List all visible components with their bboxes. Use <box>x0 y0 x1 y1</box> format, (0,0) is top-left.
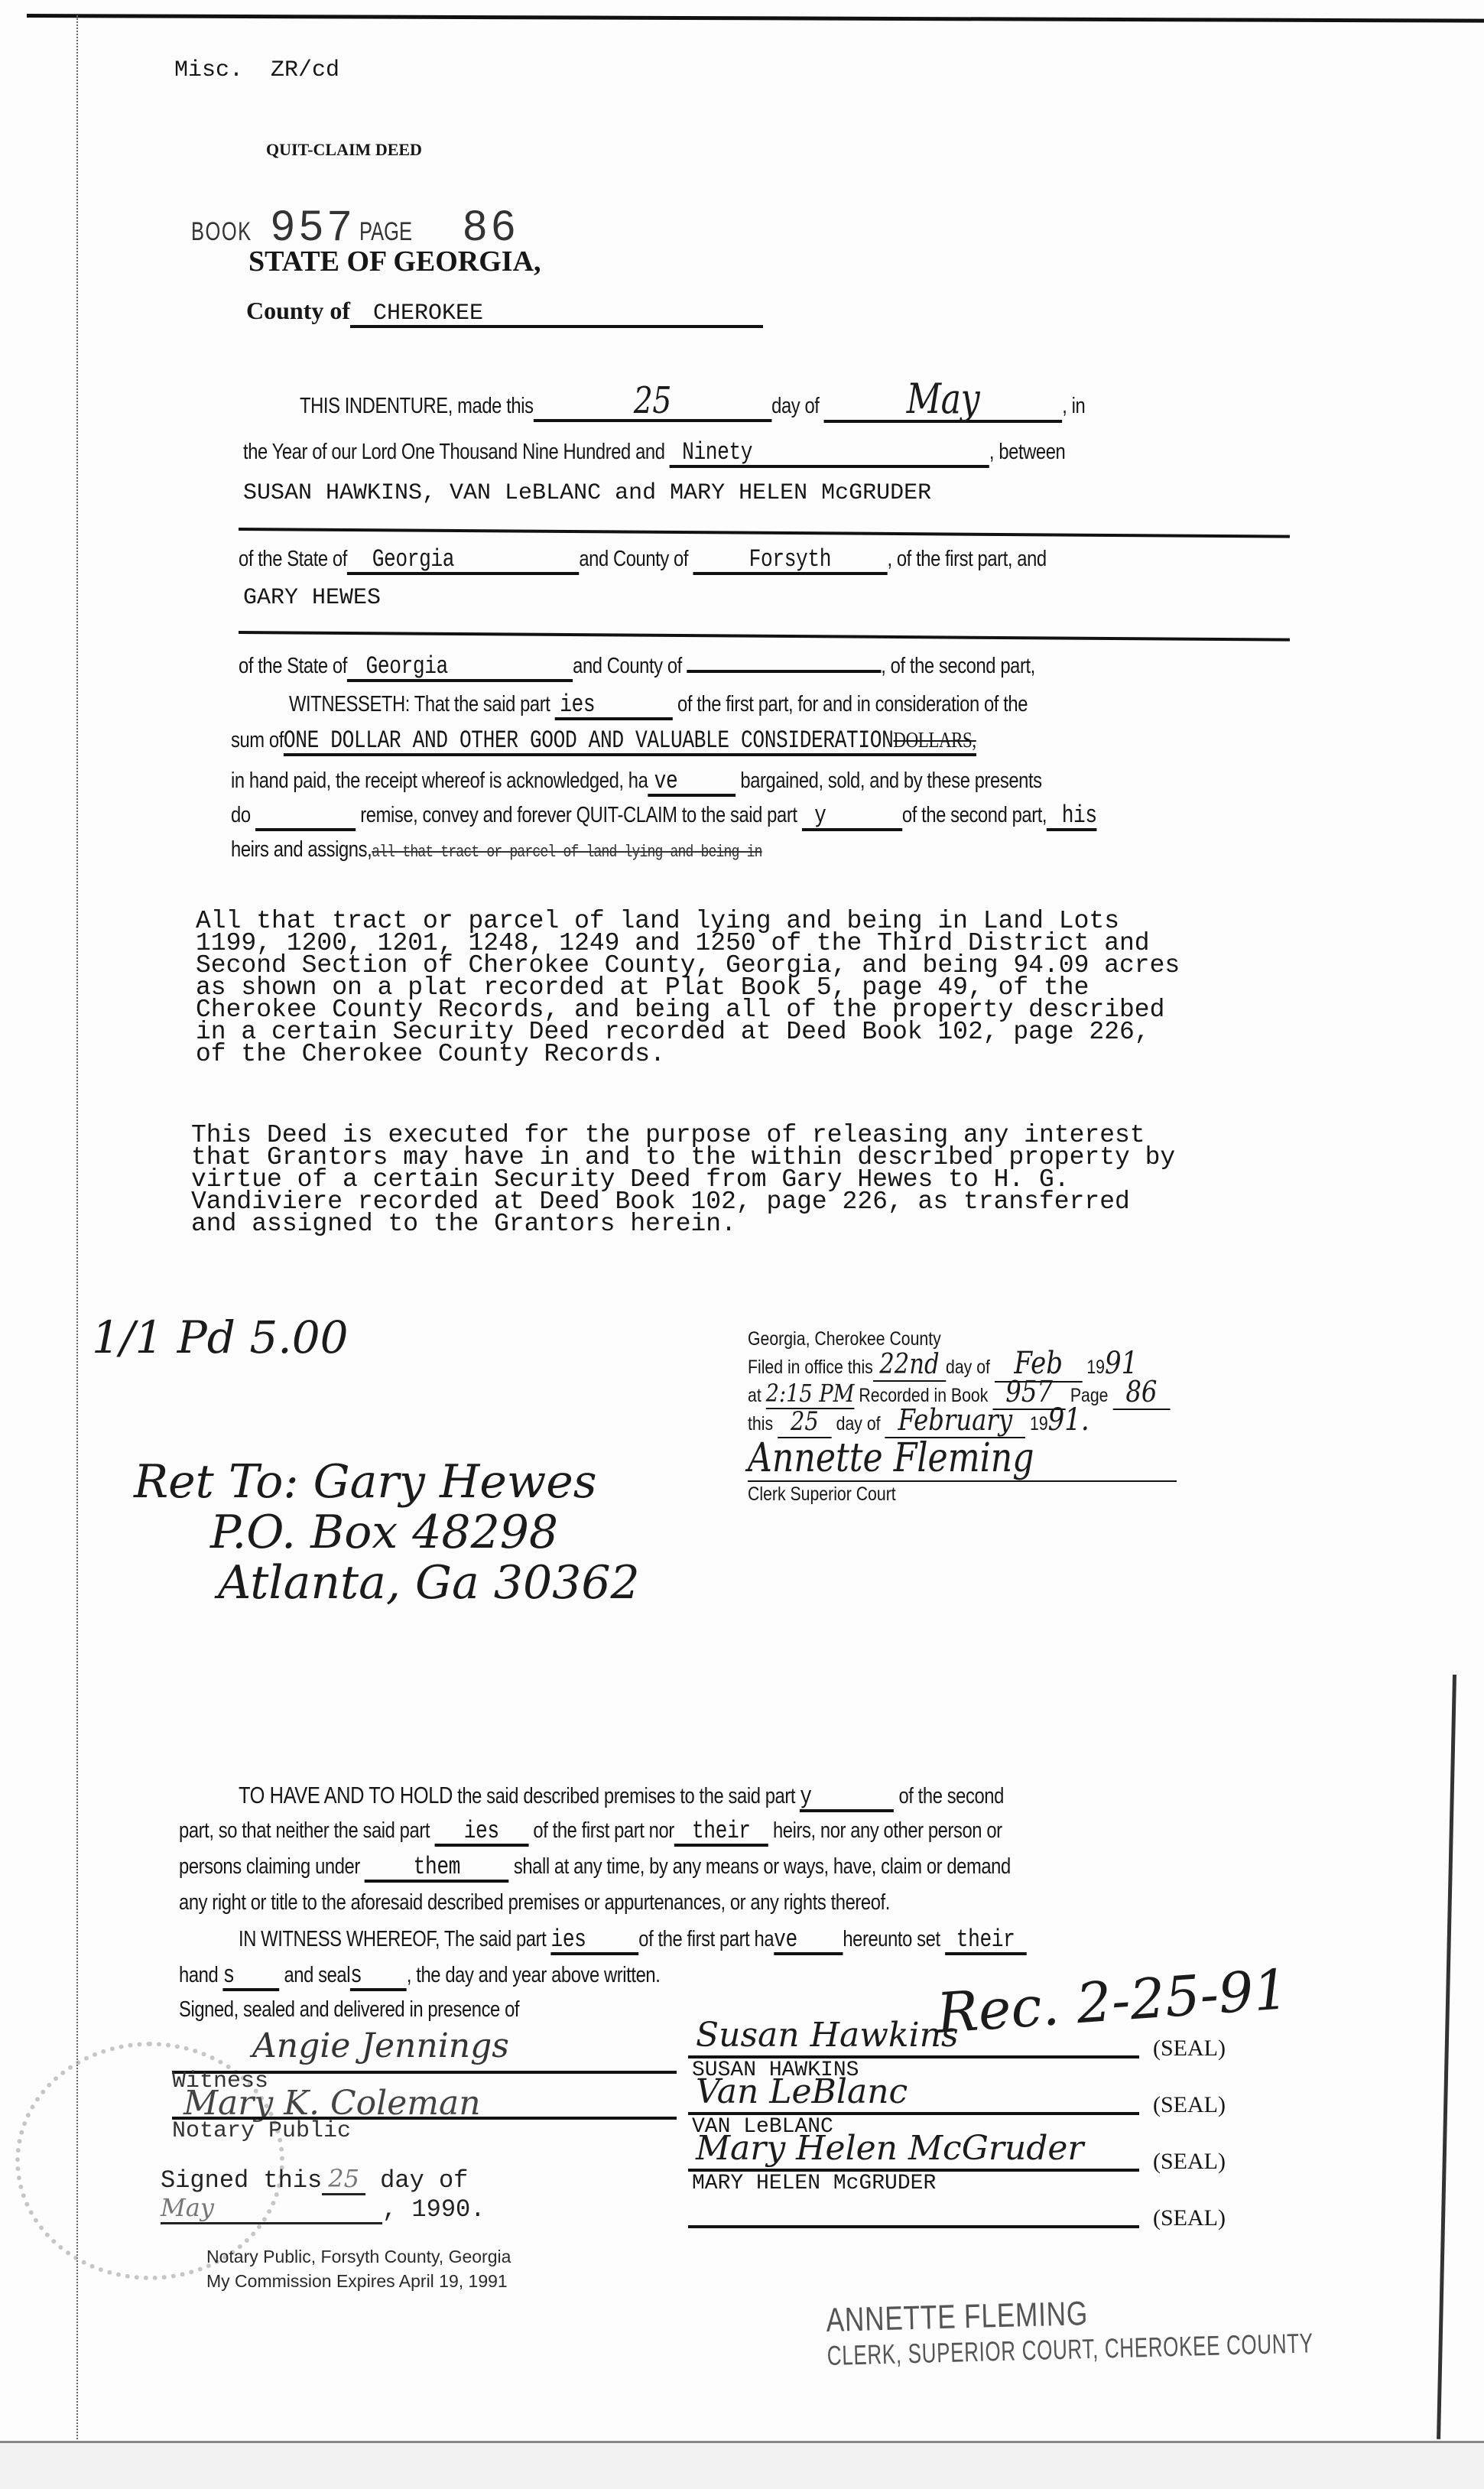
habendum-them-field[interactable]: them <box>365 1855 509 1883</box>
top-border-line <box>27 14 1484 23</box>
signature[interactable]: Van LeBlanc <box>696 2072 908 2111</box>
habendum-text: the said described premises to the said … <box>457 1784 795 1808</box>
recorded-day-of: day of <box>836 1413 881 1435</box>
whereof-parties-field[interactable]: ies <box>551 1928 639 1955</box>
habendum-line-2: part, so that neither the said part ies … <box>179 1818 1002 1847</box>
day-field[interactable]: 25 <box>534 382 772 422</box>
purpose-paragraph: This Deed is executed for the purpose of… <box>191 1124 1175 1235</box>
sum-line: sum ofONE DOLLAR AND OTHER GOOD AND VALU… <box>231 728 976 756</box>
seal-plural-field[interactable]: s <box>350 1964 407 1991</box>
habendum-parties-field[interactable]: ies <box>434 1819 528 1847</box>
notary-stamp-county: Notary Public, Forsyth County, Georgia <box>206 2244 511 2269</box>
county-line: County ofCHEROKEE <box>246 297 763 328</box>
witnesseth-line-3: in hand paid, the receipt whereof is ack… <box>231 768 1042 797</box>
recorded-day: 25 <box>778 1406 832 1438</box>
recorded-page: 86 <box>1112 1375 1170 1410</box>
return-to-box: P.O. Box 48298 <box>134 1507 640 1558</box>
signed-year: , 1990. <box>382 2195 485 2224</box>
witnesseth-line-1: WITNESSETH: That the said part ies of th… <box>289 692 1028 720</box>
grantee-rule <box>239 631 1290 642</box>
whereof-middle: of the first part ha <box>638 1927 774 1951</box>
clerk-stamp: ANNETTE FLEMING CLERK, SUPERIOR COURT, C… <box>826 2284 1484 2372</box>
misc-code: Misc. ZR/cd <box>174 57 339 83</box>
grantors-field[interactable]: SUSAN HAWKINS, VAN LeBLANC and MARY HELE… <box>243 480 931 506</box>
book-label: BOOK <box>191 217 252 247</box>
filed-prefix: Filed in office this <box>748 1357 873 1378</box>
signed-sealed-line: Signed, sealed and delivered in presence… <box>179 1997 519 2023</box>
return-to-name: Gary Hewes <box>313 1455 597 1509</box>
witness-signature: Angie Jennings <box>252 2026 509 2065</box>
seal-label: (SEAL) <box>1153 2036 1226 2062</box>
legal-description: All that tract or parcel of land lying a… <box>196 910 1180 1065</box>
grantors-rule <box>239 528 1290 538</box>
filed-day: 22nd <box>873 1349 946 1382</box>
recorded-month: February <box>885 1403 1025 1438</box>
habendum-line2-prefix: part, so that neither the said part <box>179 1818 430 1843</box>
clerk-signature: Annette Fleming <box>748 1436 1177 1482</box>
seal-label: and seal <box>284 1963 350 1987</box>
filed-year-prefix: 19 <box>1086 1357 1105 1378</box>
fee-note: 1/1 Pd 5.00 <box>92 1311 349 1363</box>
return-to-block: Ret To: Gary Hewes P.O. Box 48298 Atlant… <box>134 1457 640 1608</box>
hand-plural-field[interactable]: s <box>222 1964 279 1991</box>
in-label: , in <box>1062 394 1085 418</box>
state-of-label: of the State of <box>239 654 347 678</box>
do-field[interactable] <box>255 804 356 831</box>
witness-whereof-text: The said part <box>444 1927 546 1951</box>
signatory-name: MARY HELEN McGRUDER <box>692 2172 936 2195</box>
receipt-text: in hand paid, the receipt whereof is ack… <box>231 768 648 793</box>
hereunto-set: hereunto set <box>843 1927 940 1951</box>
habendum-line-3: persons claiming under them shall at any… <box>179 1854 1011 1883</box>
habendum-line3-prefix: persons claiming under <box>179 1854 360 1879</box>
witness-whereof-line: IN WITNESS WHEREOF, The said part iesof … <box>239 1927 1026 1955</box>
sum-value: ONE DOLLAR AND OTHER GOOD AND VALUABLE C… <box>284 726 894 755</box>
grantee-field[interactable]: GARY HEWES <box>243 585 381 611</box>
bargained-text: bargained, sold, and by these presents <box>740 768 1041 793</box>
witnesseth-prefix: WITNESSETH: That the said part <box>289 692 550 716</box>
grantee-state-line: of the State ofGeorgiaand County of , of… <box>239 654 1035 682</box>
filed-day-of: day of <box>946 1357 990 1378</box>
have-field[interactable]: ve <box>648 769 736 797</box>
whereof-have-field[interactable]: ve <box>774 1928 843 1955</box>
this-label: this <box>748 1413 773 1435</box>
witnesseth-line-5: heirs and assigns,all that tract or parc… <box>231 837 762 863</box>
month-field[interactable]: May <box>824 379 1063 423</box>
document-title: QUIT-CLAIM DEED <box>266 140 422 160</box>
page-number: 86 <box>463 201 520 249</box>
struck-text: all that tract or parcel of land lying a… <box>372 843 761 862</box>
indenture-prefix: THIS INDENTURE, made this <box>300 394 534 418</box>
habendum-line-1: TO HAVE AND TO HOLD the said described p… <box>239 1782 1004 1812</box>
county-label: County of <box>246 297 350 324</box>
sum-label: sum of <box>231 728 284 752</box>
notary-signed-line: Signed this25 day of <box>161 2164 468 2195</box>
at-prefix: at <box>748 1385 761 1406</box>
party-field[interactable]: y <box>802 804 902 831</box>
signatory-row: Mary Helen McGruder(SEAL)MARY HELEN McGR… <box>688 2140 1239 2196</box>
state-of-label: of the State of <box>239 547 347 571</box>
whereof-their-field[interactable]: their <box>945 1928 1027 1955</box>
seal-label: (SEAL) <box>1153 2092 1226 2118</box>
grantee-state-field[interactable]: Georgia <box>347 655 573 682</box>
signatory-row: (SEAL) <box>688 2196 1239 2253</box>
day-year-text: , the day and year above written. <box>407 1963 660 1987</box>
book-page-stamp: BOOK 957 PAGE 86 <box>191 200 520 250</box>
hand-seal-line: hand s and seals, the day and year above… <box>179 1963 660 1991</box>
habendum-line2-suffix: heirs, nor any other person or <box>773 1818 1002 1843</box>
year-field[interactable]: Ninety <box>670 440 989 468</box>
second-part-label: , of the second part, <box>881 654 1035 678</box>
witnesseth-suffix: of the first part, for and in considerat… <box>677 692 1028 716</box>
signed-prefix: Signed this <box>161 2166 322 2195</box>
second-part-text: of the second part, <box>902 803 1047 827</box>
filing-stamp: Georgia, Cherokee County Filed in office… <box>748 1327 1177 1506</box>
sum-field[interactable]: ONE DOLLAR AND OTHER GOOD AND VALUABLE C… <box>284 729 976 756</box>
day-of-label: day of <box>771 394 819 418</box>
grantee-county-field[interactable] <box>687 670 881 673</box>
heirs-assigns-text: heirs and assigns, <box>231 837 372 862</box>
signature[interactable]: Mary Helen McGruder <box>696 2129 1083 2168</box>
witnesseth-line-4: do remise, convey and forever QUIT-CLAIM… <box>231 803 1097 831</box>
do-label: do <box>231 803 251 827</box>
clerk-title: Clerk Superior Court <box>748 1482 1177 1506</box>
recorded-year-prefix: 19 <box>1030 1413 1048 1435</box>
county-field[interactable]: CHEROKEE <box>350 302 763 328</box>
indenture-line-1: THIS INDENTURE, made this25day of May, i… <box>300 379 1085 423</box>
filed-time: 2:15 PM <box>766 1379 855 1409</box>
habendum-line3-suffix: shall at any time, by any means or ways,… <box>514 1854 1011 1879</box>
page-label: PAGE <box>359 217 412 247</box>
county-of-label: and County of <box>573 654 682 678</box>
signed-month: May <box>161 2193 382 2224</box>
between-label: , between <box>989 440 1065 464</box>
indenture-line-2: the Year of our Lord One Thousand Nine H… <box>243 440 1065 468</box>
year-prefix: the Year of our Lord One Thousand Nine H… <box>243 440 665 464</box>
signatories-block: Susan Hawkins(SEAL)SUSAN HAWKINSVan LeBl… <box>688 2026 1239 2253</box>
grantor-state-field[interactable]: Georgia <box>347 548 579 575</box>
recorded-year: 91. <box>1048 1402 1089 1438</box>
book-number: 957 <box>271 201 356 249</box>
notary-stamp-expiry: My Commission Expires April 19, 1991 <box>206 2269 511 2293</box>
purpose-line: and assigned to the Grantors herein. <box>191 1213 1175 1235</box>
grantor-county-field[interactable]: Forsyth <box>693 548 887 575</box>
witness-whereof-heading: IN WITNESS WHEREOF, <box>239 1927 440 1951</box>
state-heading: STATE OF GEORGIA, <box>248 245 541 278</box>
habendum-line-4: any right or title to the aforesaid desc… <box>179 1890 890 1915</box>
his-field[interactable]: his <box>1047 804 1097 831</box>
county-of-label: and County of <box>579 547 688 571</box>
signature-line <box>688 2225 1139 2228</box>
habendum-party-field[interactable]: y <box>800 1785 894 1812</box>
legal-description-line: of the Cherokee County Records. <box>196 1043 1180 1065</box>
habendum-suffix: of the second <box>898 1784 1003 1808</box>
bottom-scan-area <box>0 2443 1484 2489</box>
return-to-label: Ret To: <box>134 1455 299 1509</box>
seal-label: (SEAL) <box>1153 2149 1226 2175</box>
hand-label: hand <box>179 1963 218 1987</box>
grantor-state-line: of the State ofGeorgiaand County of Fors… <box>239 547 1047 575</box>
notary-label: Notary Public <box>172 2118 351 2144</box>
habendum-heading: TO HAVE AND TO HOLD <box>239 1782 453 1808</box>
dollars-struck: DOLLARS, <box>893 729 976 752</box>
quitclaim-text: remise, convey and forever QUIT-CLAIM to… <box>360 803 797 827</box>
first-part-label: , of the first part, and <box>887 547 1046 571</box>
signed-day: 25 <box>322 2164 365 2195</box>
habendum-line2-middle: of the first part nor <box>533 1818 674 1843</box>
return-to-city: Atlanta, Ga 30362 <box>134 1558 640 1608</box>
parties-field[interactable]: ies <box>555 693 673 720</box>
recorded-date-line: this 25 day of February 1991. <box>748 1408 1177 1436</box>
signed-day-of: day of <box>380 2166 468 2195</box>
habendum-their-field[interactable]: their <box>674 1819 768 1847</box>
signature[interactable]: Susan Hawkins <box>696 2016 959 2055</box>
seal-label: (SEAL) <box>1153 2205 1226 2231</box>
notary-year-line: May, 1990. <box>161 2193 485 2224</box>
notary-stamp: Notary Public, Forsyth County, Georgia M… <box>206 2244 511 2293</box>
